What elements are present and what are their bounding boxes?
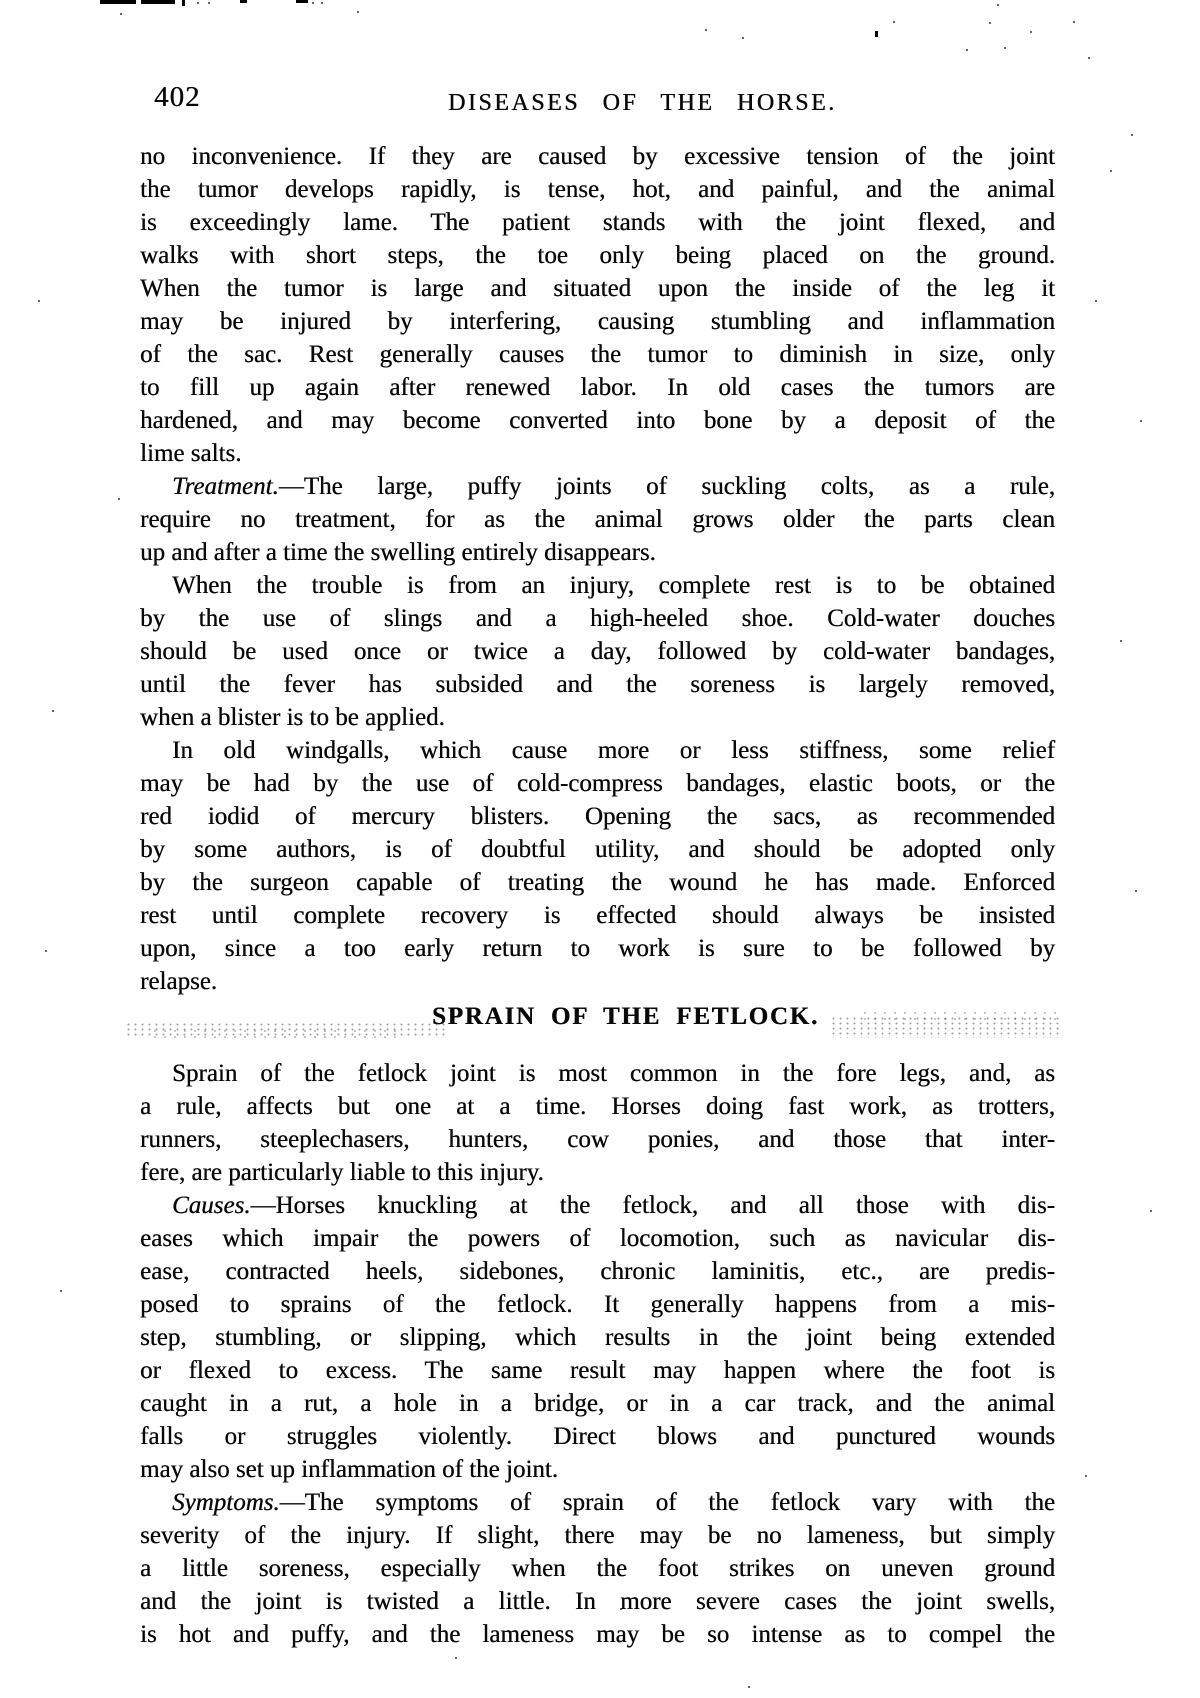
body-line: when a blister is to be applied. [140, 701, 1055, 734]
body-line: Treatment.—The large, puffy joints of su… [140, 470, 1055, 503]
body-line: may also set up inflammation of the join… [140, 1453, 1055, 1486]
text-column: no inconvenience. If they are caused by … [140, 140, 1055, 1651]
paragraph: Sprain of the fetlock joint is most comm… [140, 1057, 1055, 1189]
scan-artifact [100, 0, 136, 4]
scan-artifact [705, 29, 707, 31]
scan-artifact [455, 1657, 457, 1659]
body-line: by the use of slings and a high-heeled s… [140, 602, 1055, 635]
body-line: require no treatment, for as the animal … [140, 503, 1055, 536]
paragraph: When the trouble is from an injury, comp… [140, 569, 1055, 734]
body-line: severity of the injury. If slight, there… [140, 1519, 1055, 1552]
scan-artifact [45, 950, 47, 952]
running-title: DISEASES OF THE HORSE. [448, 90, 837, 116]
body-line: Causes.—Horses knuckling at the fetlock,… [140, 1189, 1055, 1222]
body-line: up and after a time the swelling entirel… [140, 536, 1055, 569]
scan-artifact [118, 498, 120, 500]
scan-artifact [1095, 300, 1097, 302]
body-line: by some authors, is of doubtful utility,… [140, 833, 1055, 866]
scan-artifact [1131, 134, 1133, 136]
paragraph: Causes.—Horses knuckling at the fetlock,… [140, 1189, 1055, 1486]
paragraph-lead-italic: Treatment. [172, 473, 279, 500]
body-line: a little soreness, especially when the f… [140, 1552, 1055, 1585]
scan-artifact [52, 710, 54, 712]
scan-artifact [1140, 420, 1142, 422]
scan-artifact [748, 1686, 750, 1688]
scan-artifact [1004, 47, 1006, 49]
body-line: caught in a rut, a hole in a bridge, or … [140, 1387, 1055, 1420]
body-line: should be used once or twice a day, foll… [140, 635, 1055, 668]
scan-artifact [1135, 890, 1137, 892]
body-line: rest until complete recovery is effected… [140, 899, 1055, 932]
body-line: eases which impair the powers of locomot… [140, 1222, 1055, 1255]
body-line: relapse. [140, 965, 1055, 998]
book-page-scan: 402 DISEASES OF THE HORSE. no inconvenie… [0, 0, 1200, 1698]
body-line: When the trouble is from an injury, comp… [140, 569, 1055, 602]
body-line: lime salts. [140, 437, 1055, 470]
paragraph: In old windgalls, which cause more or le… [140, 734, 1055, 998]
scan-artifact [1110, 170, 1112, 172]
body-line: no inconvenience. If they are caused by … [140, 140, 1055, 173]
body-line: upon, since a too early return to work i… [140, 932, 1055, 965]
paragraph: Symptoms.—The symptoms of sprain of the … [140, 1486, 1055, 1651]
scan-artifact [60, 1290, 62, 1292]
body-line: Sprain of the fetlock joint is most comm… [140, 1057, 1055, 1090]
body-line: a rule, affects but one at a time. Horse… [140, 1090, 1055, 1123]
scan-artifact [141, 0, 175, 4]
body-line: until the fever has subsided and the sor… [140, 668, 1055, 701]
body-line: the tumor develops rapidly, is tense, ho… [140, 173, 1055, 206]
paragraph-lead-italic: Symptoms. [172, 1489, 280, 1516]
scan-artifact [1085, 1475, 1087, 1477]
scan-artifact [893, 21, 895, 23]
paragraph-lead-italic: Causes. [172, 1192, 250, 1219]
body-line: hardened, and may become converted into … [140, 404, 1055, 437]
scan-artifact [989, 22, 991, 24]
scan-artifact [240, 0, 247, 3]
scan-artifact [1088, 57, 1090, 59]
scan-artifact [38, 300, 40, 302]
scan-artifact [997, 4, 999, 6]
scan-artifact [966, 49, 968, 51]
scan-artifact [182, 0, 185, 6]
body-line: Symptoms.—The symptoms of sprain of the … [140, 1486, 1055, 1519]
scan-artifact [312, 2, 314, 4]
scan-artifact [321, 2, 323, 4]
body-line: is exceedingly lame. The patient stands … [140, 206, 1055, 239]
body-line: posed to sprains of the fetlock. It gene… [140, 1288, 1055, 1321]
body-line: step, stumbling, or slipping, which resu… [140, 1321, 1055, 1354]
scan-artifact [120, 13, 122, 15]
scan-artifact [1030, 31, 1032, 33]
body-line: fere, are particularly liable to this in… [140, 1156, 1055, 1189]
body-line: ease, contracted heels, sidebones, chron… [140, 1255, 1055, 1288]
page-number: 402 [154, 82, 201, 112]
scan-artifact [357, 11, 359, 13]
body-line: by the surgeon capable of treating the w… [140, 866, 1055, 899]
scan-artifact [1120, 640, 1122, 642]
section-heading: SPRAIN OF THE FETLOCK. [168, 1000, 1083, 1033]
body-line: walks with short steps, the toe only bei… [140, 239, 1055, 272]
body-line: runners, steeplechasers, hunters, cow po… [140, 1123, 1055, 1156]
body-line: is hot and puffy, and the lameness may b… [140, 1618, 1055, 1651]
body-line: to fill up again after renewed labor. In… [140, 371, 1055, 404]
scan-artifact [296, 0, 308, 3]
body-line: or flexed to excess. The same result may… [140, 1354, 1055, 1387]
scan-artifact [1073, 21, 1075, 23]
scan-artifact [875, 31, 878, 37]
body-line: and the joint is twisted a little. In mo… [140, 1585, 1055, 1618]
scan-artifact [1150, 1210, 1152, 1212]
body-line: may be had by the use of cold-compress b… [140, 767, 1055, 800]
body-line: of the sac. Rest generally causes the tu… [140, 338, 1055, 371]
scan-artifact [208, 2, 210, 4]
scan-artifact [197, 2, 199, 4]
scan-artifact [742, 37, 744, 39]
paragraph: Treatment.—The large, puffy joints of su… [140, 470, 1055, 569]
paragraph: no inconvenience. If they are caused by … [140, 140, 1055, 470]
body-line: In old windgalls, which cause more or le… [140, 734, 1055, 767]
body-line: falls or struggles violently. Direct blo… [140, 1420, 1055, 1453]
body-line: When the tumor is large and situated upo… [140, 272, 1055, 305]
body-line: may be injured by interfering, causing s… [140, 305, 1055, 338]
body-line: red iodid of mercury blisters. Opening t… [140, 800, 1055, 833]
